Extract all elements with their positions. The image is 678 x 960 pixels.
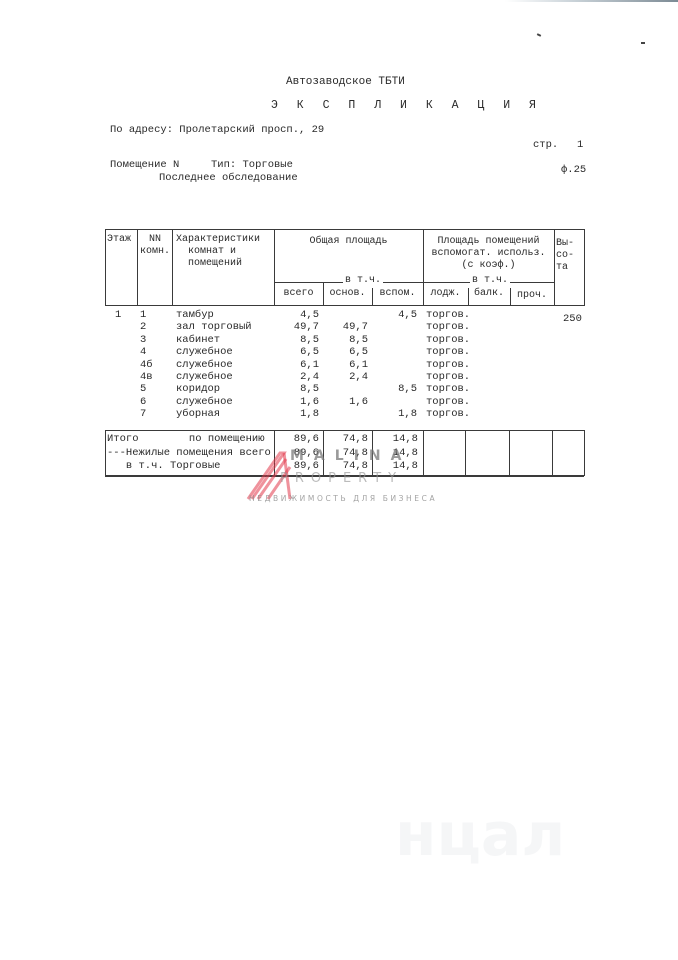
room-purpose: торгов. — [426, 408, 470, 420]
header-height: Вы- со- та — [556, 238, 584, 274]
room-name: кабинет — [176, 334, 220, 346]
header-room-number: NN комн. — [139, 234, 171, 258]
totals-label: в т.ч. Торговые — [107, 460, 220, 472]
area-main: 1,6 — [323, 396, 368, 408]
area-main: 6,1 — [323, 359, 368, 371]
area-total: 4,5 — [274, 309, 319, 321]
header-loggia: лодж. — [423, 288, 468, 300]
area-main: 8,5 — [323, 334, 368, 346]
room-purpose: торгов. — [426, 371, 470, 383]
height-value: 250 — [563, 313, 582, 325]
header-total-area: Общая площадь — [274, 236, 423, 248]
room-purpose: торгов. — [426, 334, 470, 346]
room-number: 6 — [140, 396, 146, 408]
area-total: 2,4 — [274, 371, 319, 383]
area-aux: 4,5 — [372, 309, 417, 321]
organization-name: Автозаводское ТБТИ — [286, 76, 405, 88]
scan-edge-artifact — [505, 0, 678, 2]
room-name: служебное — [176, 359, 233, 371]
area-aux: 1,8 — [372, 408, 417, 420]
watermark-tagline: НЕДВИЖИМОСТЬ ДЛЯ БИЗНЕСА — [249, 494, 437, 503]
room-number: 5 — [140, 383, 146, 395]
room-name: служебное — [176, 396, 233, 408]
room-number: 4в — [140, 371, 153, 383]
room-purpose: торгов. — [426, 321, 470, 333]
header-characteristics: Характеристики комнат и помещений — [176, 234, 260, 270]
last-survey-label: Последнее обследование — [159, 172, 298, 184]
premises-label: Помещение N — [110, 159, 179, 171]
area-total: 1,8 — [274, 408, 319, 420]
header-total: всего — [274, 288, 323, 300]
room-name: зал торговый — [176, 321, 252, 333]
area-total: 8,5 — [274, 334, 319, 346]
header-other: проч. — [510, 290, 554, 302]
header-aux-incl: в т.ч. — [470, 275, 510, 287]
form-code: ф.25 — [561, 164, 586, 176]
area-total: 8,5 — [274, 383, 319, 395]
room-purpose: торгов. — [426, 346, 470, 358]
room-name: уборная — [176, 408, 220, 420]
area-total: 1,6 — [274, 396, 319, 408]
floor-value: 1 — [115, 309, 121, 321]
document-title: Э К С П Л И К А Ц И Я — [271, 100, 542, 112]
room-number: 2 — [140, 321, 146, 333]
area-main: 6,5 — [323, 346, 368, 358]
totals-area-aux: 14,8 — [372, 433, 418, 445]
room-purpose: торгов. — [426, 396, 470, 408]
area-total: 6,1 — [274, 359, 319, 371]
area-aux: 8,5 — [372, 383, 417, 395]
room-purpose: торгов. — [426, 309, 470, 321]
room-purpose: торгов. — [426, 383, 470, 395]
header-total-incl: в т.ч. — [343, 275, 383, 287]
room-number: 3 — [140, 334, 146, 346]
header-balcony: балк. — [468, 288, 510, 300]
scan-speck — [641, 42, 645, 44]
header-auxiliary: вспом. — [372, 288, 423, 300]
room-number: 4б — [140, 359, 153, 371]
room-number: 4 — [140, 346, 146, 358]
area-main: 49,7 — [323, 321, 368, 333]
header-floor: Этаж — [107, 234, 131, 246]
page-label: стр. — [533, 139, 558, 151]
room-name: коридор — [176, 383, 220, 395]
scan-speck — [537, 33, 541, 37]
totals-area-total: 89,6 — [274, 433, 319, 445]
room-number: 1 — [140, 309, 146, 321]
room-name: тамбур — [176, 309, 214, 321]
watermark-brand-line2: PROPERTY — [280, 471, 403, 486]
header-main: основ. — [323, 288, 372, 300]
room-name: служебное — [176, 371, 233, 383]
room-name: служебное — [176, 346, 233, 358]
room-number: 7 — [140, 408, 146, 420]
area-total: 49,7 — [274, 321, 319, 333]
area-main: 2,4 — [323, 371, 368, 383]
header-aux-area: Площадь помещений вспомогат. использ. (с… — [423, 236, 554, 272]
premises-type: Тип: Торговые — [211, 159, 293, 171]
page-number: 1 — [577, 139, 583, 151]
totals-label: Итого по помещению — [107, 433, 265, 445]
totals-area-main: 74,8 — [323, 433, 368, 445]
address-line: По адресу: Пролетарский просп., 29 — [110, 124, 324, 136]
area-total: 6,5 — [274, 346, 319, 358]
room-purpose: торгов. — [426, 359, 470, 371]
watermark-brand-line1: MALINA — [290, 448, 411, 464]
bleed-through-text: нцал — [395, 800, 565, 870]
totals-label: ---Нежилые помещения всего — [107, 447, 271, 459]
